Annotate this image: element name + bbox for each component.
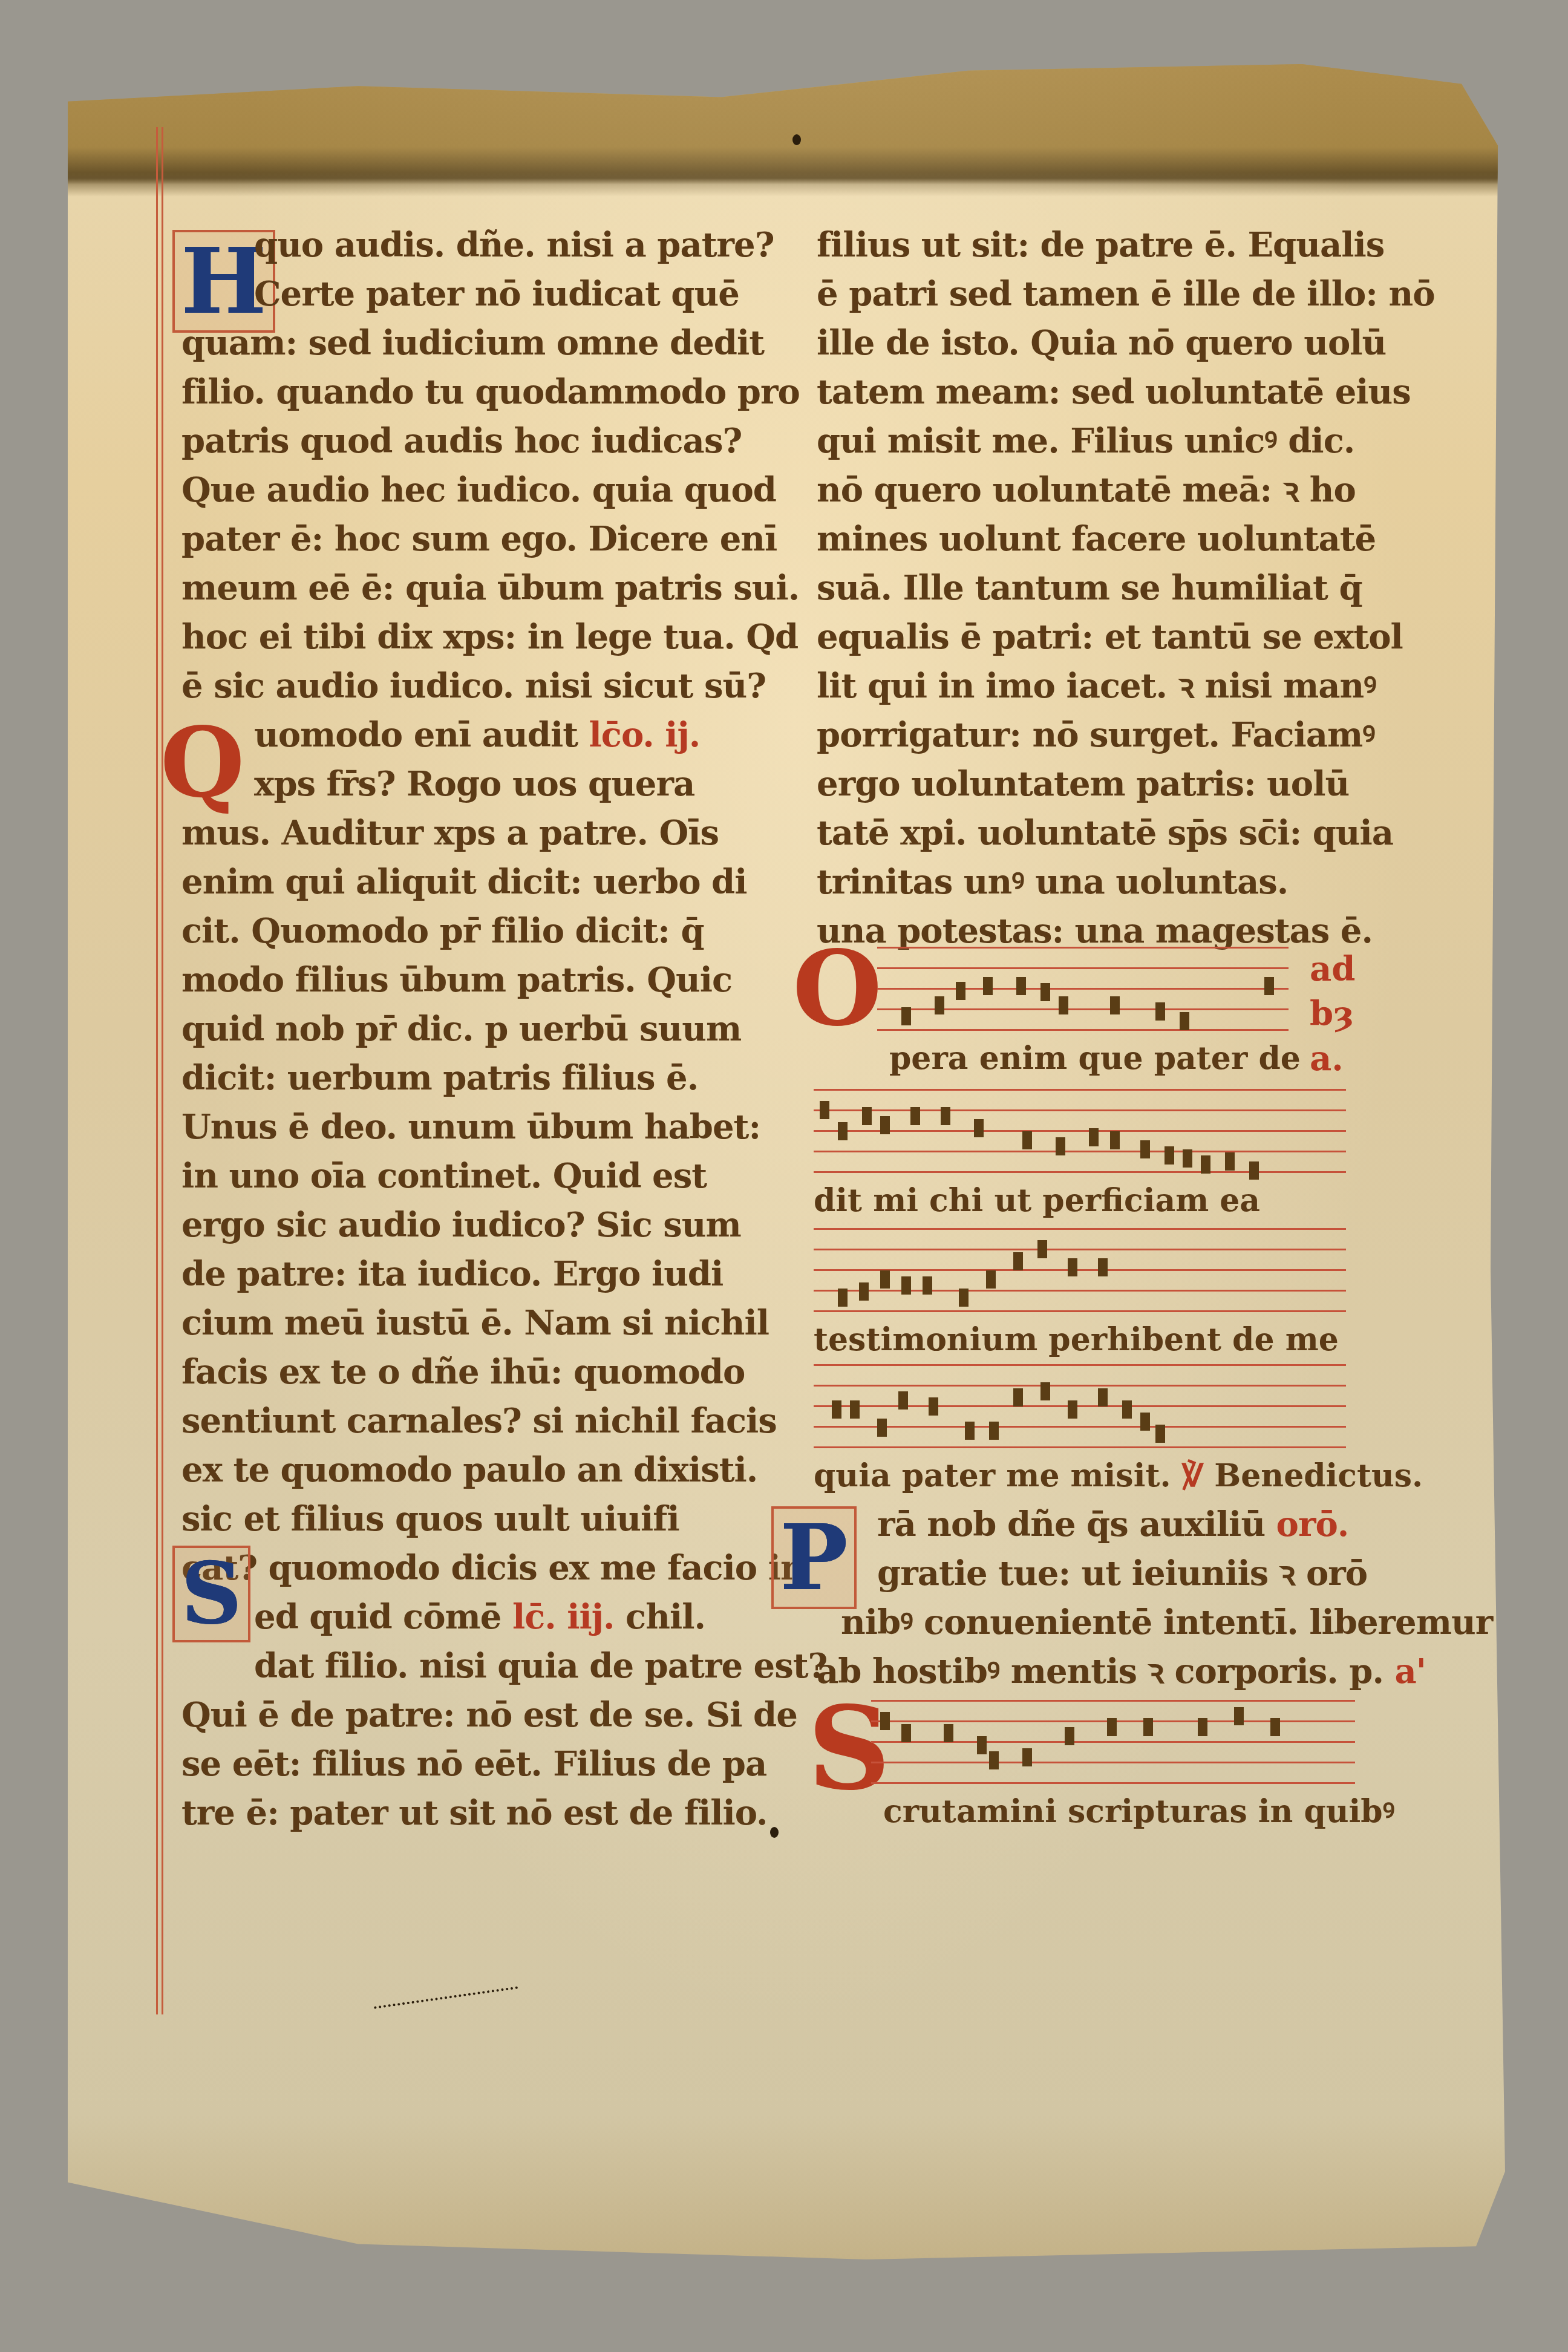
text-line: suā. Ille tantum se humiliat q̄ [817,564,1361,613]
initial-q: Q [160,714,244,811]
left-column-text: quo audis. dñe. nisi a patre? Certe pate… [181,221,762,1838]
text-line: nō quero uoluntatē meā: ꝛ ho [817,466,1361,515]
text-line: modo filius ūbum patris. Quic [181,956,762,1005]
text-line: cit. Quomodo pr̄ filio dicit: q̄ [181,907,762,956]
pen-flourish-left [156,127,163,2014]
prayer-text: rā nob dñe q̄s auxiliū orō. gratie tue: … [817,1500,1361,1696]
text-line-content: rā nob dñe q̄s auxiliū [877,1504,1265,1544]
text-line: Qui ē de patre: nō est de se. Si de [181,1691,762,1740]
chant-staff-block: dit mi chi ut perficiam ea [814,1089,1346,1222]
chant-staff-block: pera enim que pater de [877,947,1289,1080]
text-line: gratie tue: ut ieiuniis ꝛ orō [817,1549,1361,1598]
text-line: mines uolunt facere uoluntatē [817,515,1361,564]
text-line: qui misit me. Filius unicꝰ dic. [817,417,1361,466]
text-line: equalis ē patri: et tantū se extol [817,613,1361,662]
initial-s: S [172,1546,250,1642]
text-line: dicit: uerbum patris filius ē. [181,1054,762,1103]
text-line: ab hostibꝰ mentis ꝛ corporis. p. a' [817,1647,1361,1696]
text-line: tatem meam: sed uoluntatē eius [817,368,1361,417]
text-line: xps fr̄s? Rogo uos quera [181,760,762,809]
text-line: mus. Auditur xps a patre. Oīs [181,809,762,858]
text-line-content: uomodo enī audit [254,715,578,755]
versicle-rubric: ℣ [1182,1457,1204,1494]
text-line: trinitas unꝰ una uoluntas. [817,858,1361,907]
music-staff [814,1364,1346,1455]
lesson-rubric: lc̄. iij. [512,1597,615,1637]
text-line: se eēt: filius nō eēt. Filius de pa [181,1740,762,1789]
text-line: dat filio. nisi quia de patre est? [181,1642,762,1691]
lyric-content: Benedictus. [1214,1457,1423,1494]
right-column-text: filius ut sit: de patre ē. Equalis ē pat… [817,221,1361,956]
chant-staff-block: crutamini scripturas in quibꝰ [871,1700,1355,1833]
chant-staff-block: quia pater me misit. ℣ Benedictus. [814,1364,1346,1497]
text-line: ed quid cōmē lc̄. iij. chil. [181,1593,762,1642]
text-line: ergo sic audio iudico? Sic sum [181,1201,762,1250]
text-line: Que audio hec iudico. quia quod [181,466,762,515]
text-line: quam: sed iudicium omne dedit [181,319,762,368]
text-line: enim qui aliquit dicit: uerbo di [181,858,762,907]
text-line: in uno oīa continet. Quid est [181,1152,762,1201]
text-line: porrigatur: nō surget. Faciamꝰ [817,711,1361,760]
text-line: ille de isto. Quia nō quero uolū [817,319,1361,368]
antiphon-rubric: a' [1394,1651,1425,1691]
lesson-rubric: lc̄o. ij. [589,715,701,755]
text-line: filius ut sit: de patre ē. Equalis [817,221,1361,270]
text-line: cium meū iustū ē. Nam si nichil [181,1299,762,1348]
text-line: uomodo enī audit lc̄o. ij. [181,711,762,760]
text-line: ex te quomodo paulo an dixisti. [181,1446,762,1495]
text-line-content: ed quid cōmē [254,1597,501,1637]
text-line: patris quod audis hoc iudicas? [181,417,762,466]
music-staff [877,947,1289,1037]
sewing-hole [792,134,801,145]
initial-o: O [792,938,882,1040]
music-staff [814,1228,1346,1319]
text-line: hoc ei tibi dix xps: in lege tua. Qd [181,613,762,662]
text-line: cat? quomodo dicis ex me facio in [181,1544,762,1593]
music-staff [871,1700,1355,1791]
oratio-rubric: orō. [1276,1504,1349,1544]
text-line-content: chil. [626,1597,705,1637]
text-line: ergo uoluntatem patris: uolū [817,760,1361,809]
chant-staff-block: testimonium perhibent de me [814,1228,1346,1361]
text-line: filio. quando tu quodammodo pro [181,368,762,417]
chant-lyric: quia pater me misit. ℣ Benedictus. [814,1455,1346,1497]
margin-rubric-ad-bz-a: ad bȝ a. [1310,947,1355,1081]
text-line: de patre: ita iudico. Ergo iudi [181,1250,762,1299]
text-line: sentiunt carnales? si nichil facis [181,1397,762,1446]
chant-lyric: pera enim que pater de [889,1037,1289,1080]
text-line: sic et filius quos uult uiuifi [181,1495,762,1544]
stained-top-edge [68,57,1520,185]
text-line: rā nob dñe q̄s auxiliū orō. [817,1500,1361,1549]
sewing-hole [770,1827,779,1838]
chant-lyric: testimonium perhibent de me [814,1319,1346,1361]
text-line: ē sic audio iudico. nisi sicut sū? [181,662,762,711]
text-line: facis ex te o dñe ihū: quomodo [181,1348,762,1397]
text-line: lit qui in imo iacet. ꝛ nisi manꝰ [817,662,1361,711]
text-line: pater ē: hoc sum ego. Dicere enī [181,515,762,564]
text-line: Certe pater nō iudicat quē [181,270,762,319]
text-line: quid nob pr̄ dic. p uerbū suum [181,1005,762,1054]
text-line: tatē xpi. uoluntatē sp̄s sc̄i: quia [817,809,1361,858]
text-line: quo audis. dñe. nisi a patre? [181,221,762,270]
text-line: meum eē ē: quia ūbum patris sui. [181,564,762,613]
text-line: Unus ē deo. unum ūbum habet: [181,1103,762,1152]
chant-lyric: crutamini scripturas in quibꝰ [883,1791,1355,1833]
text-line: ē patri sed tamen ē ille de illo: nō [817,270,1361,319]
music-staff [814,1089,1346,1180]
text-line: tre ē: pater ut sit nō est de filio. [181,1789,762,1838]
text-line: nibꝰ conuenientē intentī. liberemur [817,1598,1361,1647]
lyric-content: quia pater me misit. [814,1457,1171,1494]
text-line-content: ab hostibꝰ mentis ꝛ corporis. p. [817,1651,1383,1691]
chant-lyric: dit mi chi ut perficiam ea [814,1180,1346,1222]
